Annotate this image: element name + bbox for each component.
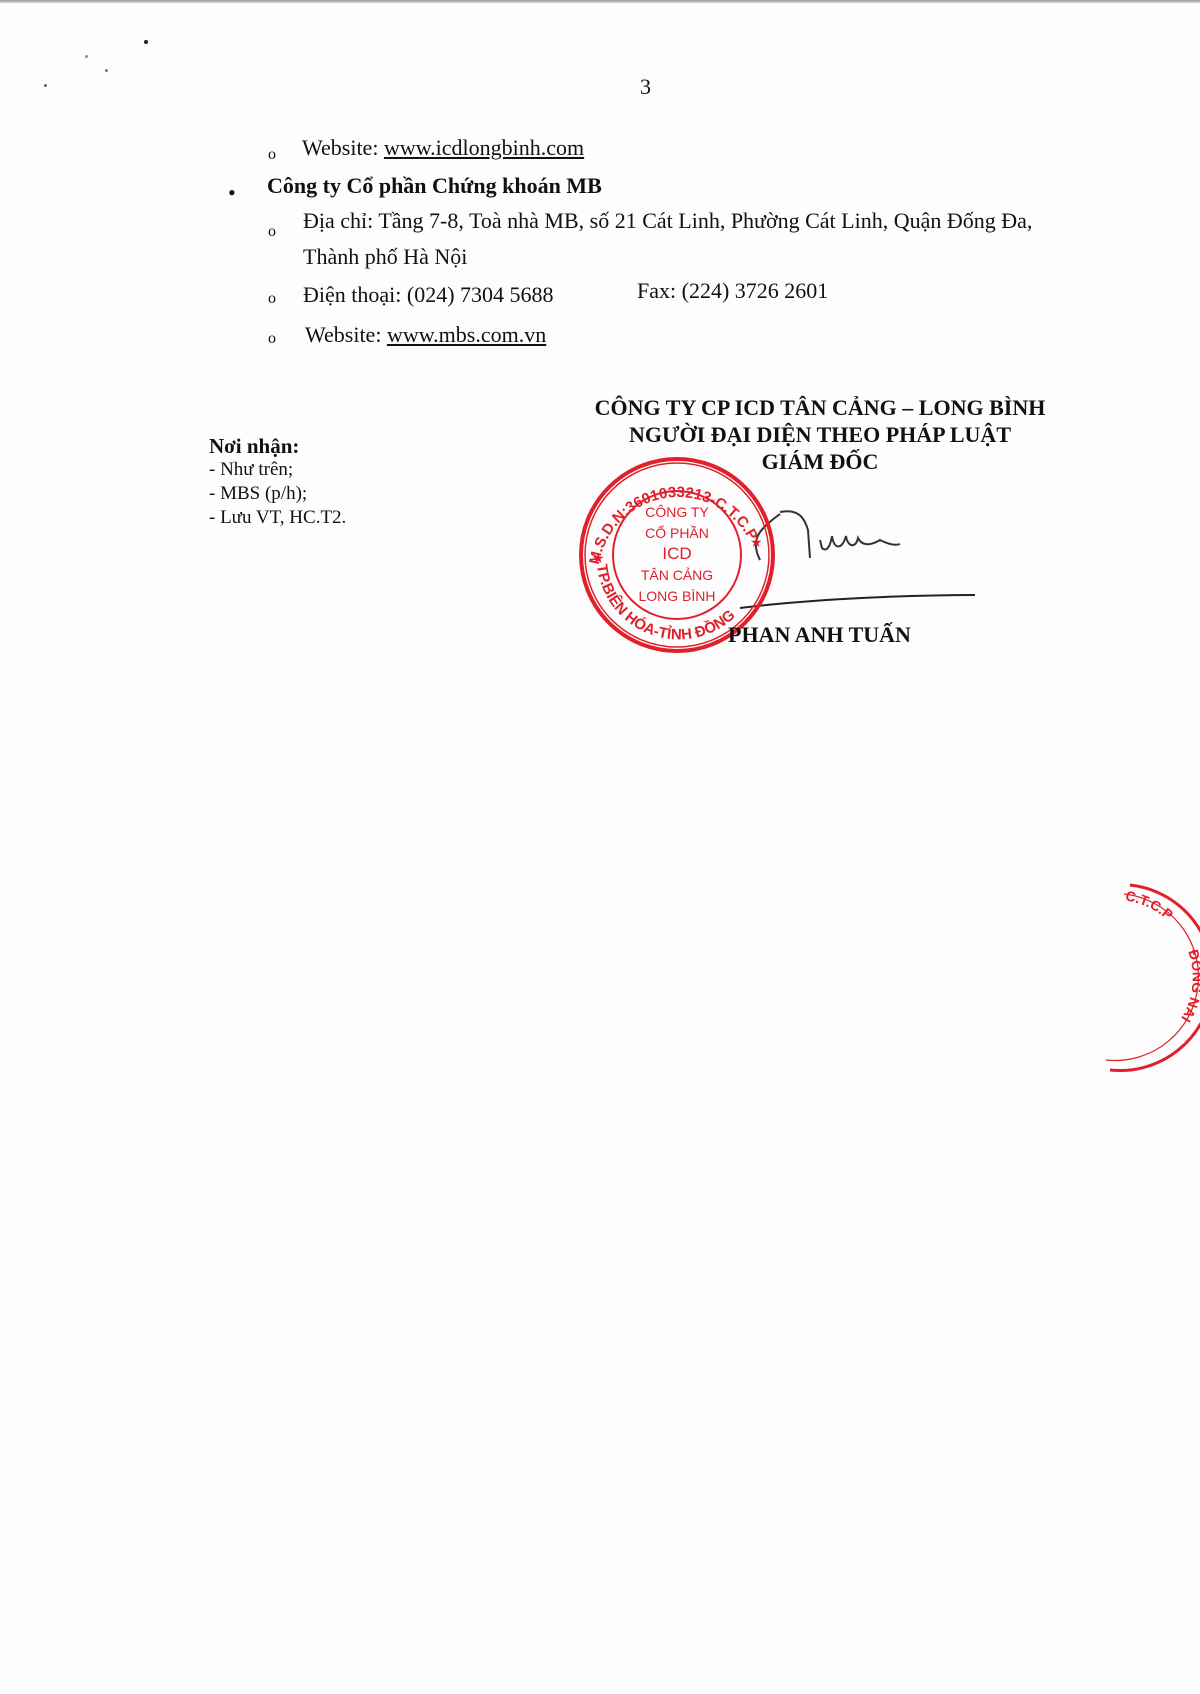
partial-seal-text-top: C.T.C.P (1124, 888, 1176, 923)
svg-text:ĐỒNG NAI: ĐỒNG NAI (1178, 948, 1200, 1026)
recipient-item: - Như trên; (209, 458, 346, 482)
mbs-website-line: Website: www.mbs.com.vn (305, 322, 546, 348)
scan-edge (0, 0, 1200, 3)
icd-website-label: Website: (302, 135, 384, 160)
mbs-address-line1: Địa chỉ: Tầng 7-8, Toà nhà MB, số 21 Cát… (303, 208, 1032, 234)
sub-bullet-icon: o (268, 330, 276, 348)
signing-role: NGƯỜI ĐẠI DIỆN THEO PHÁP LUẬT (560, 421, 1080, 448)
seal-star-icon: ★ (592, 552, 605, 567)
seal-inner-line: TÂN CẢNG (641, 567, 713, 583)
scan-speck (44, 84, 47, 87)
partial-seal-text-bottom: ĐỒNG NAI (1178, 948, 1200, 1026)
scan-speck (85, 55, 88, 58)
seal-inner-line: ICD (662, 544, 691, 563)
partial-seal: C.T.C.P ĐỒNG NAI (1080, 880, 1200, 1080)
seal-inner-line: CÔNG TY (645, 504, 709, 520)
bullet-icon: • (228, 180, 236, 206)
signer-name: PHAN ANH TUẤN (728, 622, 911, 648)
mbs-address-line2: Thành phố Hà Nội (303, 244, 467, 270)
sub-bullet-icon: o (268, 146, 276, 164)
mbs-website-label: Website: (305, 322, 387, 347)
mbs-phone: Điện thoại: (024) 7304 5688 (303, 282, 554, 308)
signing-company: CÔNG TY CP ICD TÂN CẢNG – LONG BÌNH (560, 394, 1080, 421)
mbs-website-link[interactable]: www.mbs.com.vn (387, 322, 546, 347)
mbs-fax: Fax: (224) 3726 2601 (637, 278, 828, 304)
seal-inner-line: LONG BÌNH (638, 588, 715, 604)
recipient-item: - Lưu VT, HC.T2. (209, 506, 346, 530)
sub-bullet-icon: o (268, 223, 276, 241)
recipient-item: - MBS (p/h); (209, 482, 346, 506)
scan-speck (144, 40, 148, 44)
page-number: 3 (640, 74, 651, 100)
icd-website-line: Website: www.icdlongbinh.com (302, 135, 584, 161)
svg-text:C.T.C.P: C.T.C.P (1124, 888, 1176, 923)
seal-star-icon: ★ (750, 536, 763, 551)
recipients-heading: Nơi nhận: (209, 434, 346, 458)
seal-inner-line: CỔ PHẦN (645, 524, 709, 541)
recipients: Nơi nhận: - Như trên; - MBS (p/h); - Lưu… (209, 434, 346, 530)
mbs-company-name: Công ty Cổ phần Chứng khoán MB (267, 173, 602, 199)
icd-website-link[interactable]: www.icdlongbinh.com (384, 135, 584, 160)
scan-speck (105, 69, 108, 72)
sub-bullet-icon: o (268, 290, 276, 308)
